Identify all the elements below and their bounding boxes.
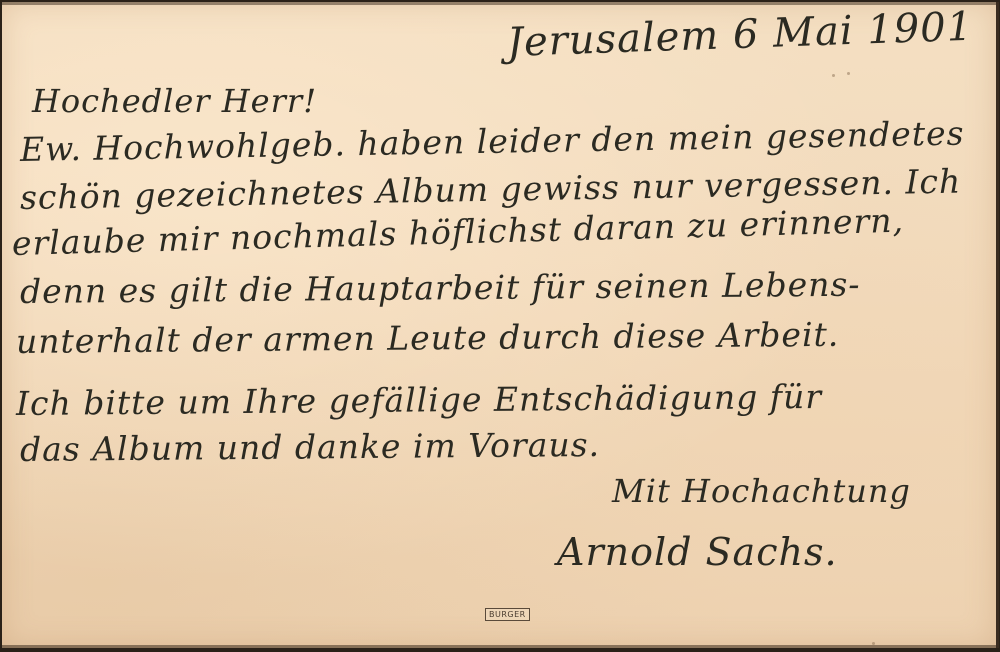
postcard: Jerusalem 6 Mai 1901 Hochedler Herr! Ew.… [2, 2, 999, 648]
body-line-5: unterhalt der armen Leute durch diese Ar… [16, 315, 840, 361]
closing-line: Mit Hochachtung [612, 472, 911, 510]
card-top-edge [2, 2, 996, 5]
paper-speck [872, 642, 875, 645]
body-line-6: Ich bitte um Ihre gefällige Entschädigun… [16, 377, 822, 423]
paper-speck [832, 74, 835, 77]
paper-speck [847, 72, 850, 75]
body-line-7: das Album und danke im Voraus. [20, 425, 600, 469]
card-bottom-edge [2, 645, 996, 648]
place-date-line: Jerusalem 6 Mai 1901 [506, 4, 974, 66]
body-line-4: denn es gilt die Hauptarbeit für seinen … [20, 265, 861, 311]
signature: Arnold Sachs. [557, 530, 838, 574]
body-line-1: Ew. Hochwohlgeb. haben leider den mein g… [20, 114, 965, 169]
salutation: Hochedler Herr! [32, 82, 317, 120]
publisher-stamp: BURGER [485, 608, 530, 621]
